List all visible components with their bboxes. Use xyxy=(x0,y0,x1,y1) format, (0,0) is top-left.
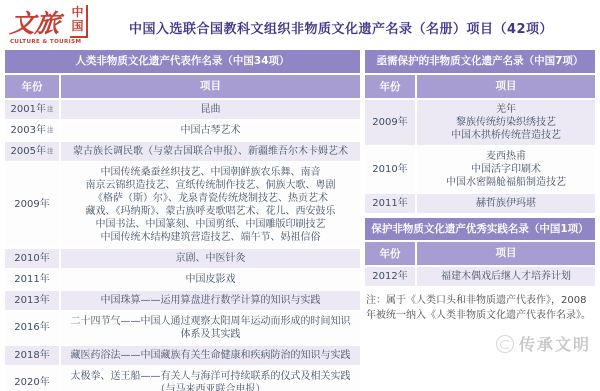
project-cell: 中国传统桑蚕丝织技艺、中国朝鲜族农乐舞、南音 南京云锦织造技艺、宣纸传统制作技艺… xyxy=(61,163,360,247)
project-cell: 藏医药浴法——中国藏族有关生命健康和疾病防治的知识与实践 xyxy=(61,346,360,365)
table-row: 2010年 麦西热甫 中国活字印刷术 中国水密隔舱福船制造技艺 xyxy=(365,147,595,192)
table-row: 2011年 中国皮影戏 xyxy=(5,270,360,289)
year-cell: 2010年 xyxy=(5,249,59,268)
project-cell: 麦西热甫 中国活字印刷术 中国水密隔舱福船制造技艺 xyxy=(417,147,595,192)
watermark-label: 传承文明 xyxy=(519,332,591,355)
logo-subtitle: CULTURE & TOURISM xyxy=(10,39,81,45)
project-cell: 昆曲 xyxy=(61,100,360,119)
culture-tourism-logo: 文旅 中国 CULTURE & TOURISM xyxy=(8,5,96,49)
year-cell: 2009年 xyxy=(365,100,415,145)
emblem-icon xyxy=(496,335,514,353)
page-title: 中国入选联合国教科文组织非物质文化遗产名录（名册）项目（42项） xyxy=(96,5,592,37)
table-row: 2001年注 昆曲 xyxy=(5,100,360,119)
page-header: 文旅 中国 CULTURE & TOURISM 中国入选联合国教科文组织非物质文… xyxy=(0,0,600,50)
practices-table-header-row: 年份 项目 xyxy=(365,242,595,265)
year-cell: 2018年 xyxy=(5,346,59,365)
project-cell: 二十四节气——中国人通过观察太阳周年运动而形成的时间知识体系及其实践 xyxy=(61,312,360,344)
year-cell: 2013年 xyxy=(5,291,59,310)
table-row: 2003年注 中国古琴艺术 xyxy=(5,121,360,140)
logo-seal-icon: 中国 xyxy=(70,5,88,38)
year-cell: 2009年 xyxy=(5,163,59,247)
project-cell: 中国古琴艺术 xyxy=(61,121,360,140)
urgent-table-title: 亟需保护的非物质文化遗产名录（中国7项） xyxy=(365,50,595,73)
urgent-table-header-row: 年份 项目 xyxy=(365,75,595,98)
project-cell: 羌年 黎族传统纺染织绣技艺 中国木拱桥传统营造技艺 xyxy=(417,100,595,145)
best-practices-table: 保护非物质文化遗产优秀实践名录（中国1项） 年份 项目 2012年 福建木偶戏后… xyxy=(365,218,595,287)
year-cell: 2012年 xyxy=(365,267,415,286)
year-cell: 2020年 xyxy=(5,367,59,391)
watermark: 传承文明 xyxy=(365,332,595,355)
year-column-header: 年份 xyxy=(365,75,415,98)
representative-list-table: 人类非物质文化遗产代表作名录（中国34项） 年份 项目 2001年注 昆曲 20… xyxy=(5,50,360,391)
year-cell: 2003年注 xyxy=(5,121,59,140)
table-row: 2010年 京剧、中医针灸 xyxy=(5,249,360,268)
table-row: 2012年 福建木偶戏后继人才培养计划 xyxy=(365,267,595,286)
table-row: 2009年 羌年 黎族传统纺染织绣技艺 中国木拱桥传统营造技艺 xyxy=(365,100,595,145)
year-cell: 2001年注 xyxy=(5,100,59,119)
project-column-header: 项目 xyxy=(417,75,595,98)
project-cell: 京剧、中医针灸 xyxy=(61,249,360,268)
year-cell: 2011年 xyxy=(5,270,59,289)
project-cell: 赫哲族伊玛堪 xyxy=(417,194,595,213)
representative-table-title: 人类非物质文化遗产代表作名录（中国34项） xyxy=(5,50,360,73)
project-cell: 中国皮影戏 xyxy=(61,270,360,289)
content: 人类非物质文化遗产代表作名录（中国34项） 年份 项目 2001年注 昆曲 20… xyxy=(0,50,600,391)
year-cell: 2011年 xyxy=(365,194,415,213)
representative-table-header-row: 年份 项目 xyxy=(5,75,360,98)
logo-script-text: 文旅 xyxy=(9,11,62,36)
table-row: 2018年 藏医药浴法——中国藏族有关生命健康和疾病防治的知识与实践 xyxy=(5,346,360,365)
table-row: 2011年 赫哲族伊玛堪 xyxy=(365,194,595,213)
project-cell: 中国珠算——运用算盘进行数学计算的知识与实践 xyxy=(61,291,360,310)
project-column-header: 项目 xyxy=(417,242,595,265)
table-row: 2016年 二十四节气——中国人通过观察太阳周年运动而形成的时间知识体系及其实践 xyxy=(5,312,360,344)
footnote-text: 注：属于《人类口头和非物质遗产代表作》，2008年被统一纳入《人类非物质文化遗产… xyxy=(365,293,595,323)
year-cell: 2010年 xyxy=(365,147,415,192)
table-row: 2009年 中国传统桑蚕丝织技艺、中国朝鲜族农乐舞、南音 南京云锦织造技艺、宣纸… xyxy=(5,163,360,247)
project-cell: 蒙古族长调民歌（与蒙古国联合申报）、新疆维吾尔木卡姆艺术 xyxy=(61,142,360,161)
year-cell: 2016年 xyxy=(5,312,59,344)
table-row: 2013年 中国珠算——运用算盘进行数学计算的知识与实践 xyxy=(5,291,360,310)
right-column: 亟需保护的非物质文化遗产名录（中国7项） 年份 项目 2009年 羌年 黎族传统… xyxy=(365,50,595,355)
year-column-header: 年份 xyxy=(365,242,415,265)
page: 文旅 中国 CULTURE & TOURISM 中国入选联合国教科文组织非物质文… xyxy=(0,0,600,391)
table-row: 2005年注 蒙古族长调民歌（与蒙古国联合申报）、新疆维吾尔木卡姆艺术 xyxy=(5,142,360,161)
project-cell: 福建木偶戏后继人才培养计划 xyxy=(417,267,595,286)
urgent-safeguarding-table: 亟需保护的非物质文化遗产名录（中国7项） 年份 项目 2009年 羌年 黎族传统… xyxy=(365,50,595,213)
practices-table-title: 保护非物质文化遗产优秀实践名录（中国1项） xyxy=(365,218,595,241)
project-column-header: 项目 xyxy=(61,75,360,98)
year-column-header: 年份 xyxy=(5,75,59,98)
year-cell: 2005年注 xyxy=(5,142,59,161)
table-row: 2020年 太极拳、送王船——有关人与海洋可持续联系的仪式及相关实践（与马来西亚… xyxy=(5,367,360,391)
project-cell: 太极拳、送王船——有关人与海洋可持续联系的仪式及相关实践（与马来西亚联合申报） xyxy=(61,367,360,391)
